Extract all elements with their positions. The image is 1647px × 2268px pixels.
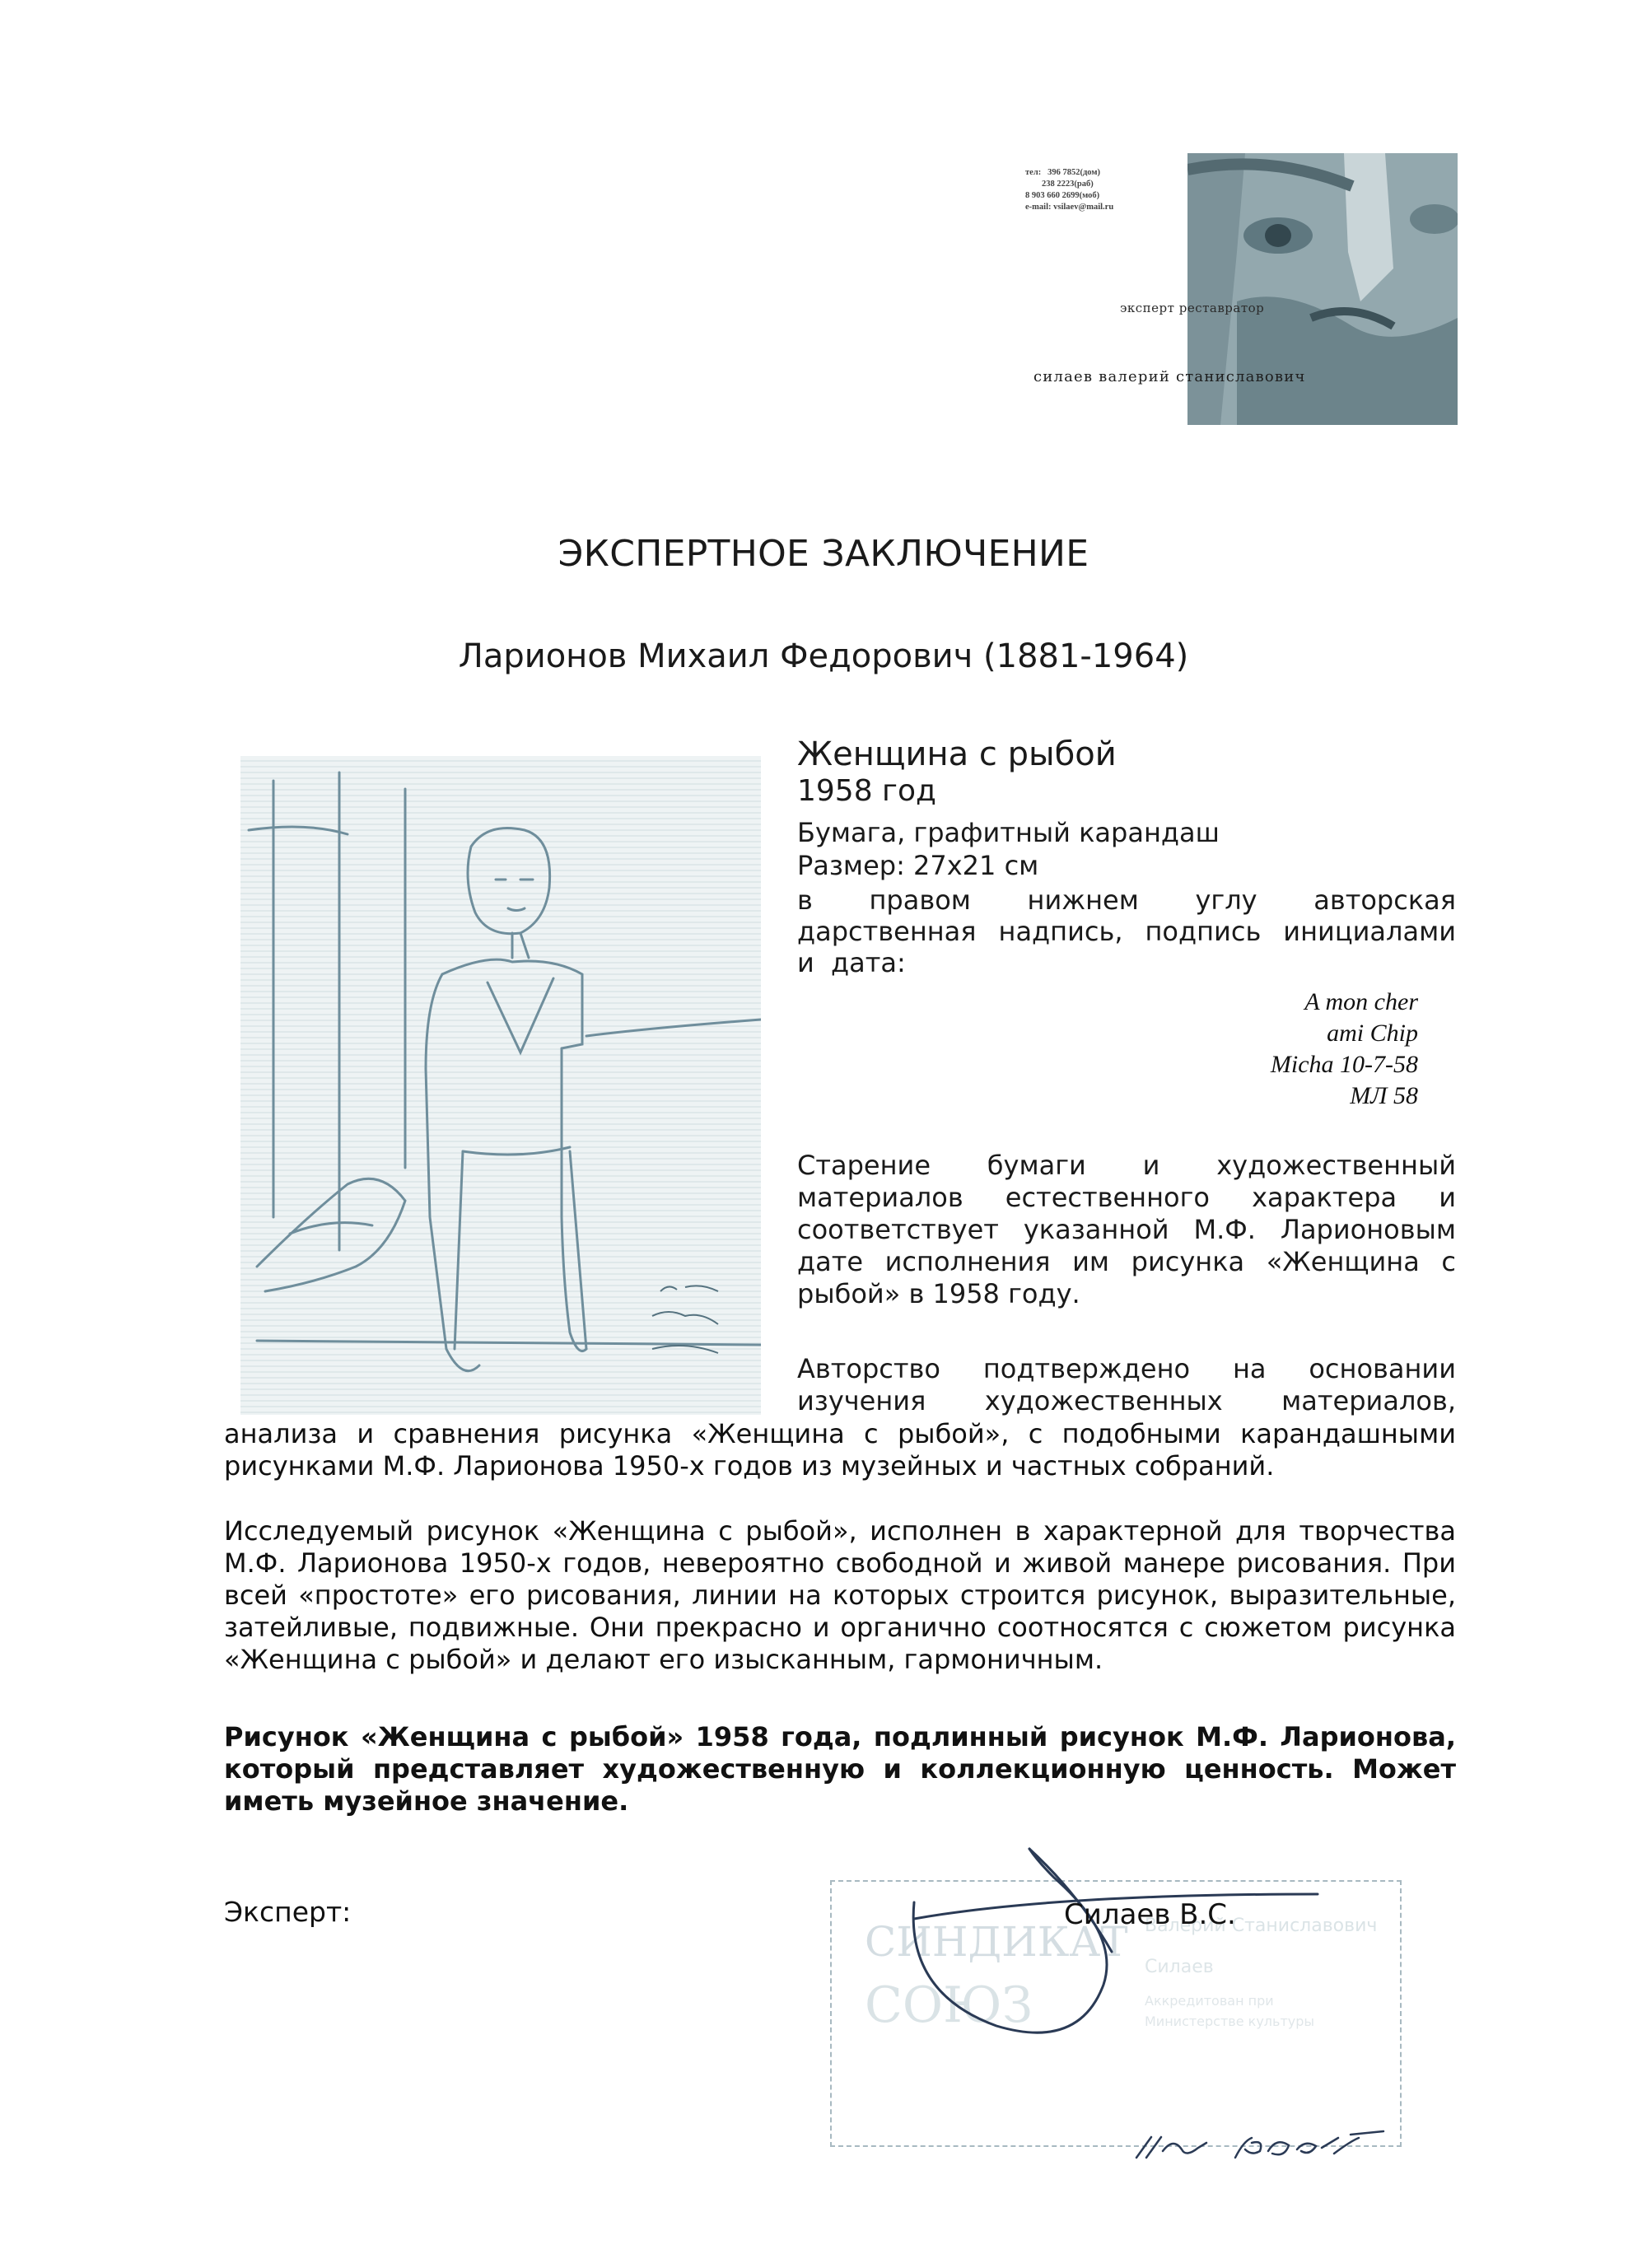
artwork-image [240, 756, 761, 1415]
paragraph-authorship-start: Авторство подтверждено на основании изуч… [797, 1353, 1456, 1417]
inscription-note: в правом нижнем углу авторская дарственн… [797, 884, 1456, 978]
expert-full-name: силаев валерий станиславович [1033, 368, 1306, 385]
letterhead-contacts: тел: 396 7852(дом) 238 2223(раб) 8 903 6… [1025, 167, 1113, 213]
paragraph-authorship-end: анализа и сравнения рисунка «Женщина с р… [224, 1418, 1456, 1482]
artwork-size: Размер: 27х21 см [797, 850, 1456, 881]
paragraph-conclusion: Рисунок «Женщина с рыбой» 1958 года, под… [224, 1721, 1456, 1818]
artwork-title: Женщина с рыбой [797, 735, 1456, 773]
expert-role: эксперт реставратор [1120, 301, 1264, 315]
expert-signature-name: Силаев В.С. [1064, 1898, 1236, 1931]
artist-name: Ларионов Михаил Федорович (1881-1964) [0, 637, 1647, 675]
handwritten-signature [889, 1845, 1400, 2191]
contact-email: e-mail: vsilaev@mail.ru [1025, 202, 1113, 213]
paragraph-style: Исследуемый рисунок «Женщина с рыбой», и… [224, 1515, 1456, 1676]
artwork-medium: Бумага, графитный карандаш [797, 817, 1456, 848]
inscription-line: Micha 10-7-58 [1153, 1049, 1418, 1080]
inscription-text: A mon cher ami Chip Micha 10-7-58 МЛ 58 [1153, 987, 1418, 1112]
document-title: ЭКСПЕРТНОЕ ЗАКЛЮЧЕНИЕ [0, 533, 1647, 575]
paragraph-aging: Старение бумаги и художественный материа… [797, 1150, 1456, 1310]
inscription-line: МЛ 58 [1153, 1080, 1418, 1112]
contact-phone-home: тел: 396 7852(дом) [1025, 167, 1113, 179]
contact-phone-mobile: 8 903 660 2699(моб) [1025, 190, 1113, 202]
inscription-line: A mon cher [1153, 987, 1418, 1018]
expert-label: Эксперт: [224, 1896, 351, 1928]
contact-phone-work: 238 2223(раб) [1025, 179, 1113, 190]
inscription-line: ami Chip [1153, 1018, 1418, 1049]
artwork-year: 1958 год [797, 774, 1456, 809]
